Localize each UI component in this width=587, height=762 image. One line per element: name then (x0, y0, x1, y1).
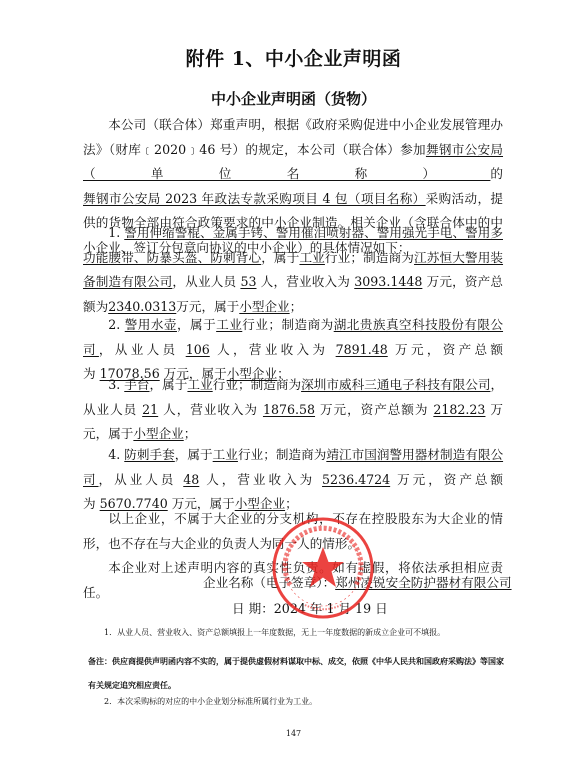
item-employees: 48 (183, 472, 199, 487)
label: ； (184, 426, 197, 441)
label: ，属于 (175, 447, 213, 462)
label: 人，营业收入为 (261, 274, 350, 289)
item-industry: 工业 (187, 377, 212, 392)
date-label: 日 期： (232, 601, 274, 616)
item-revenue: 7891.48 (336, 342, 388, 357)
item-index: 1. (108, 225, 120, 240)
label: 人，营业收入为 (206, 472, 315, 487)
item-index: 4. (108, 447, 120, 462)
item-employees: 53 (240, 274, 256, 289)
company-name: 郑州凌锐安全防护器材有限公司 (335, 575, 511, 590)
item-revenue: 1876.58 (263, 402, 315, 417)
label: 行业；制造商为 (325, 250, 414, 265)
footnote-1: 1．从业人员、营业收入、资产总额填报上一年度数据，无上一年度数据的新成立企业可不… (104, 627, 445, 638)
label: 行业；制造商为 (242, 317, 333, 332)
enterprise-item-3: 3. 手台，属于工业行业；制造商为深圳市威科三通电子科技有限公司，从业人员 21… (83, 373, 503, 447)
item-index: 3. (108, 377, 120, 392)
label: 人，营业收入为 (163, 402, 258, 417)
label: ，从业人员 (99, 472, 177, 487)
project-name: 舞钢市公安局 2023 年政法专款采购项目 4 包（项目名称） (83, 191, 426, 206)
signature-company: 企业名称（电子签章）：郑州凌锐安全防护器材有限公司 (203, 572, 512, 591)
statement-not-large-enterprise: 以上企业，不属于大企业的分支机构，不存在控股股东为大企业的情形，也不存在与大企业… (83, 507, 503, 556)
item-assets: 2182.23 (433, 402, 485, 417)
item-scale: 小型企业 (133, 426, 183, 441)
signature-date: 日 期：2024 年 1 月 19 日 (232, 598, 388, 617)
item-revenue: 5236.4724 (322, 472, 390, 487)
item-index: 2. (108, 317, 120, 332)
item-goods: 手台 (124, 377, 149, 392)
item-industry: 工业 (213, 447, 238, 462)
item-industry: 工业 (216, 317, 242, 332)
item-employees: 106 (186, 342, 210, 357)
company-label: 企业名称（电子签章）： (203, 575, 335, 590)
label: 行业；制造商为 (238, 447, 326, 462)
label: ，属于 (177, 317, 216, 332)
intro-text-b: 的 (490, 166, 503, 181)
item-employees: 21 (142, 402, 158, 417)
item-goods: 防刺手套 (124, 447, 175, 462)
remark-note: 备注：供应商提供声明函内容不实的，属于提供虚假材料谋取中标、成交，依照《中华人民… (88, 650, 508, 698)
item-goods: 警用水壶 (125, 317, 177, 332)
label: 万元，属于 (176, 299, 239, 314)
label: 人，营业收入为 (217, 342, 328, 357)
document-page: 附件 1、中小企业声明函 中小企业声明函（货物） 本公司（联合体）郑重声明，根据… (0, 0, 587, 762)
date-value: 2024 年 1 月 19 日 (274, 601, 388, 616)
document-subtitle: 中小企业声明函（货物） (0, 88, 587, 109)
label: ，属于 (261, 250, 299, 265)
footnote-2: 2．本次采购标的对应的中小企业划分标准所属行业为工业。 (104, 696, 317, 707)
enterprise-item-1: 1. 警用伸缩警棍、金属手铐、警用催泪喷射器、警用强光手电、警用多功能腰带、防暴… (83, 221, 503, 319)
enterprise-item-4: 4. 防刺手套，属于工业行业；制造商为靖江市国润警用器材制造有限公司，从业人员 … (83, 443, 503, 517)
page-number: 147 (0, 729, 587, 738)
label: ，从业人员 (172, 274, 236, 289)
label: 行业；制造商为 (213, 377, 301, 392)
label: ； (290, 299, 303, 314)
item-assets: 2340.0313 (108, 299, 176, 314)
label: ，从业人员 (99, 342, 178, 357)
item-revenue: 3093.1448 (354, 274, 422, 289)
item-industry: 工业 (299, 250, 324, 265)
item-scale: 小型企业 (239, 299, 289, 314)
label: 万元，资产总额为 (320, 402, 428, 417)
item-manufacturer: 深圳市威科三通电子科技有限公司 (301, 377, 490, 392)
document-title: 附件 1、中小企业声明函 (0, 44, 587, 71)
label: ，属于 (150, 377, 188, 392)
